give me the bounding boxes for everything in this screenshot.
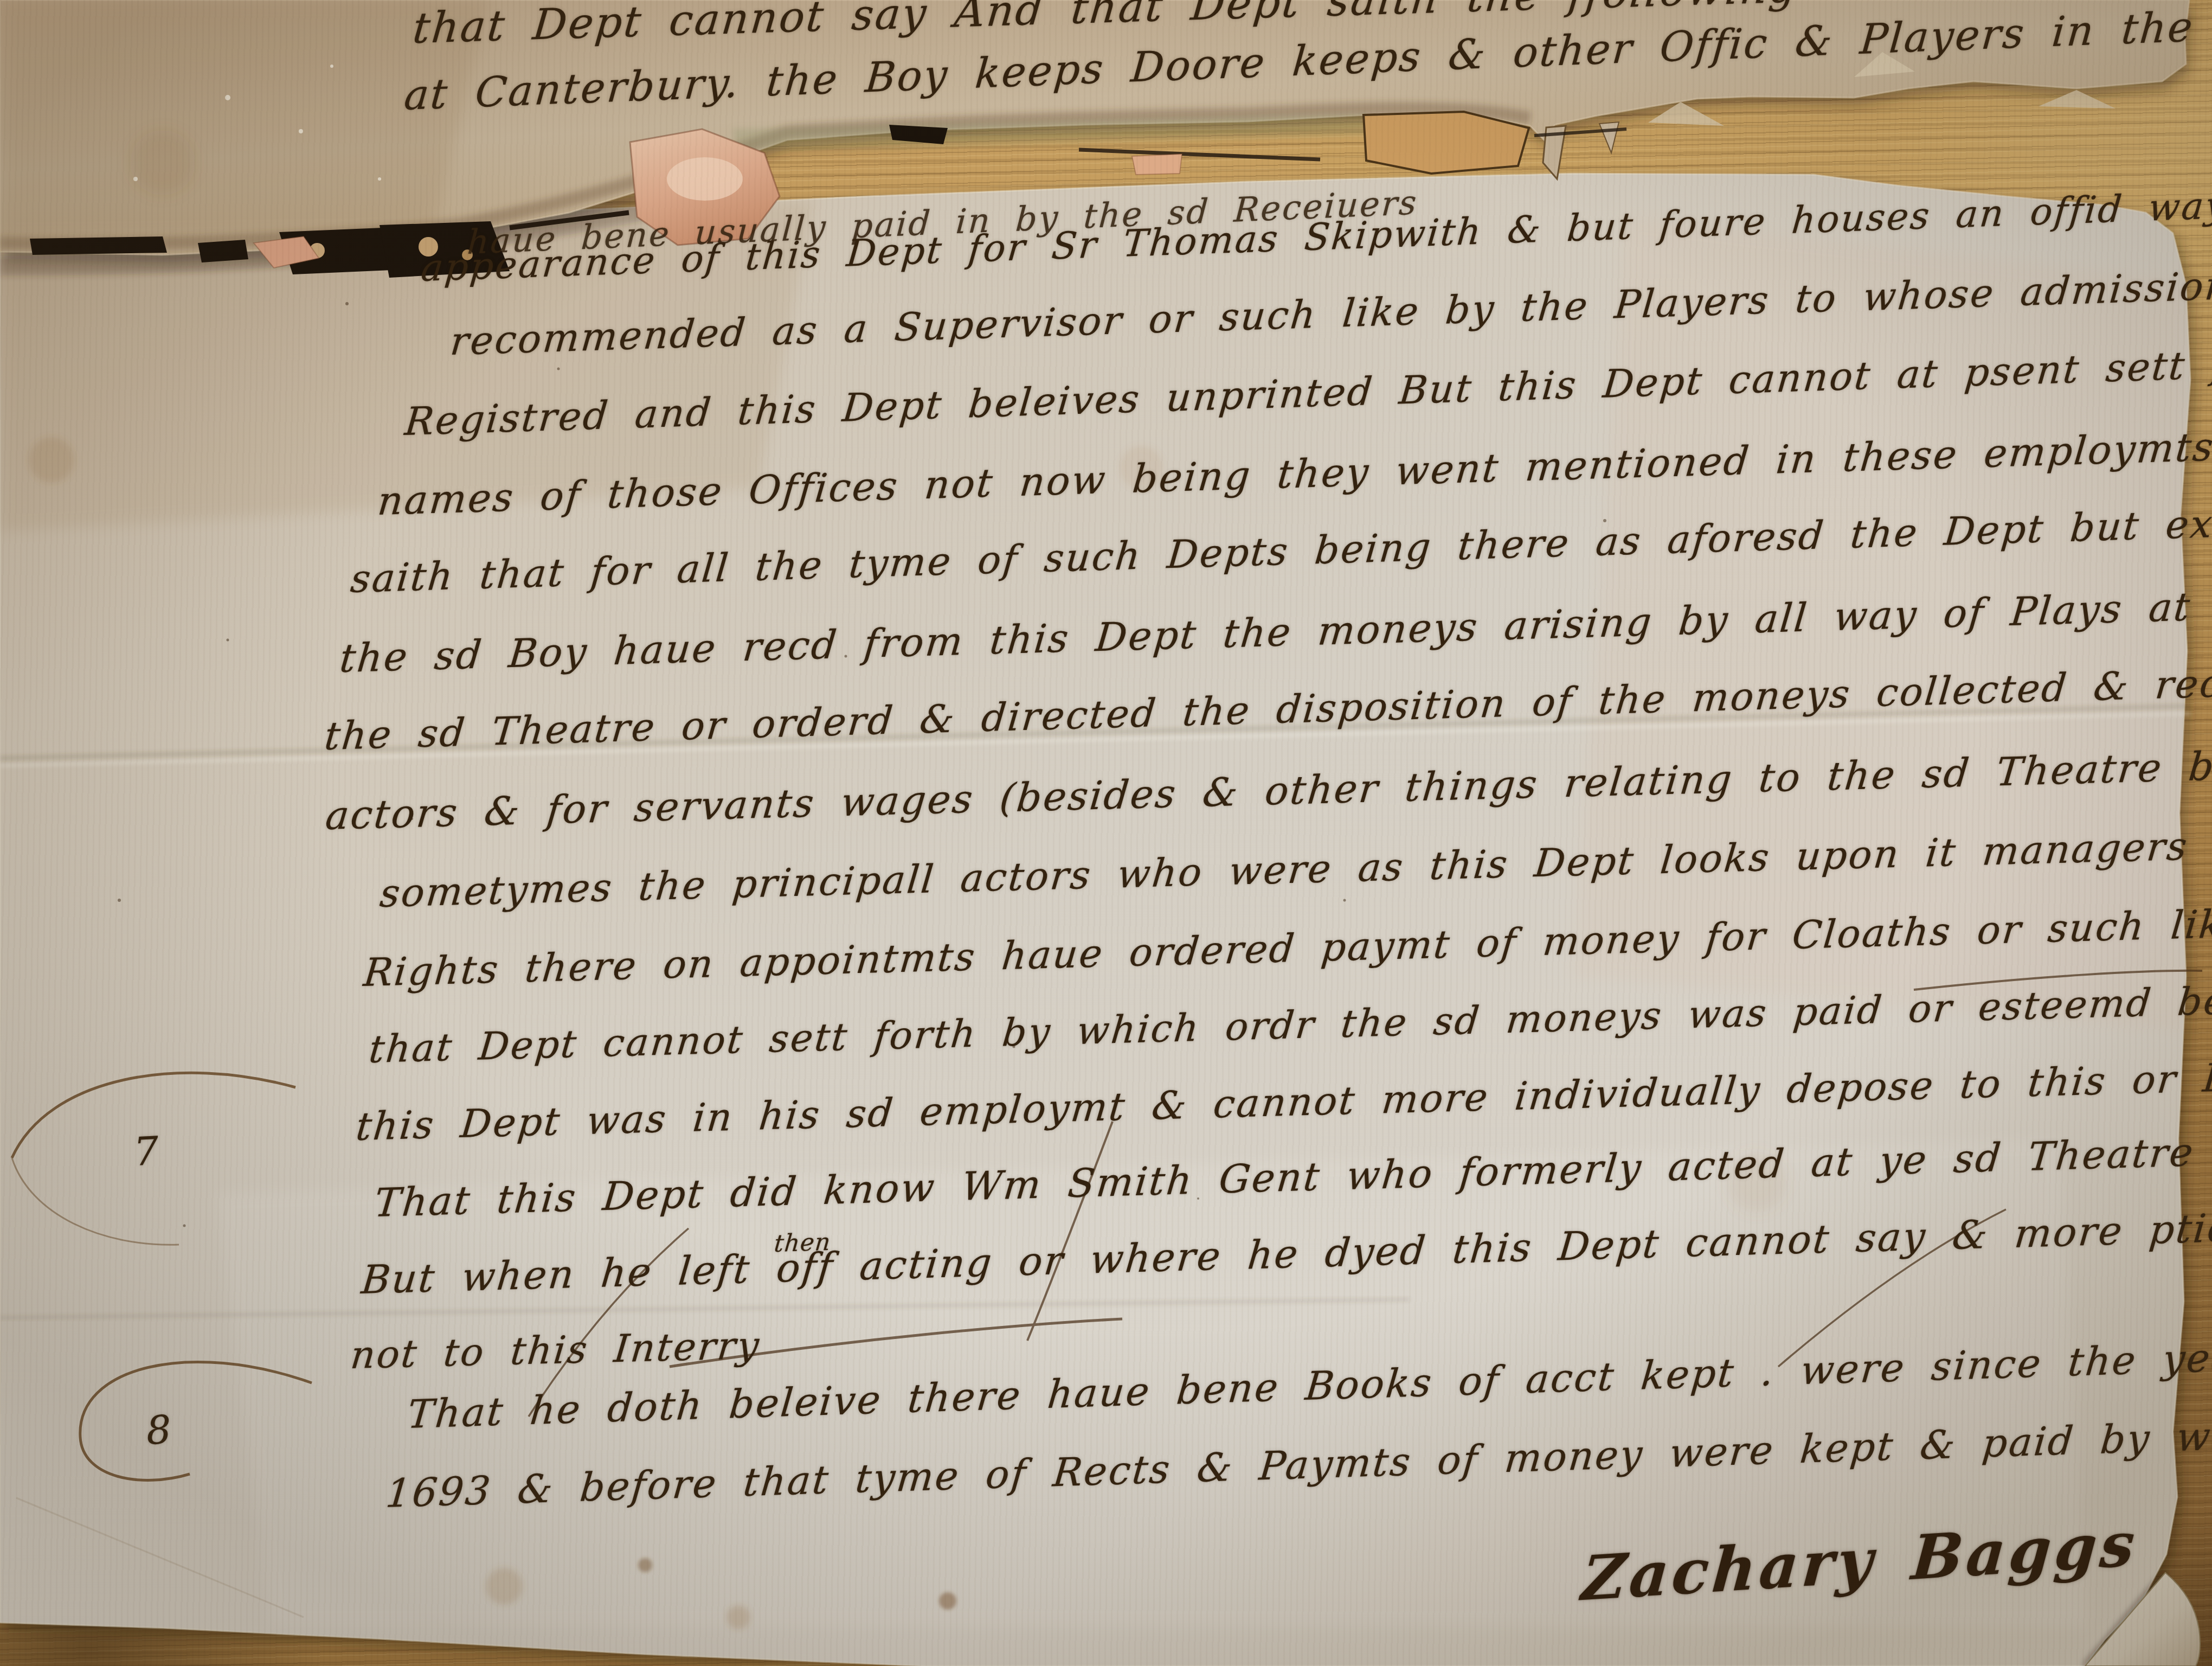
manuscript-photo: that Dept cannot say And that Dept saith… xyxy=(0,0,2212,1666)
paper-shred-2 xyxy=(1599,122,1619,153)
tear-hole-wood xyxy=(1364,112,1529,174)
page-tint-right xyxy=(1572,217,2190,1030)
copper-patch-small-1 xyxy=(1132,154,1182,175)
copper-patch-highlight xyxy=(667,157,743,201)
page-tint-bottom xyxy=(217,1139,2087,1627)
fragment-tint-topleft xyxy=(0,0,488,239)
crack-debris-2 xyxy=(419,237,438,257)
crack-line-2 xyxy=(1079,150,1320,159)
paper-artwork xyxy=(0,0,2212,1666)
crack-debris-3 xyxy=(462,249,473,260)
